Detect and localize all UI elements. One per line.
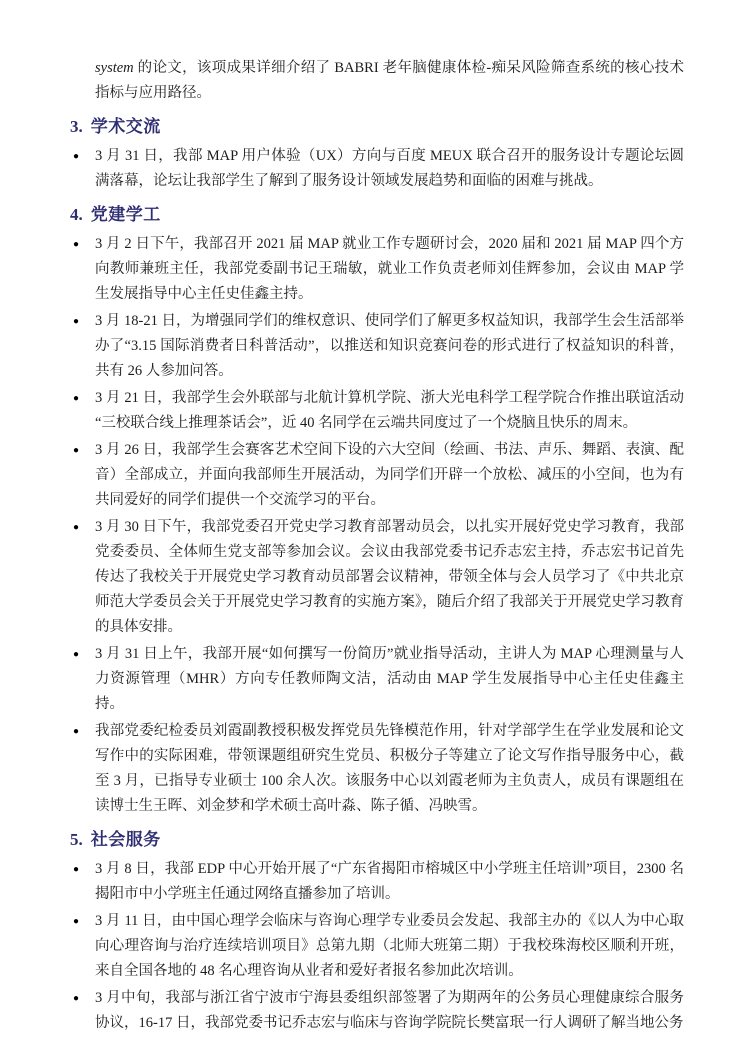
bullet-icon: ● (73, 144, 79, 169)
list-item: ● 3 月 30 日下午，我部党委召开党史学习教育部署动员会，以扎实开展好党史学… (73, 515, 684, 640)
bullet-icon: ● (73, 438, 79, 463)
list-item-text: 3 月 11 日，由中国心理学会临床与咨询心理学专业委员会发起、我部主办的《以人… (95, 913, 684, 979)
bullet-icon: ● (73, 515, 79, 540)
list-item-text: 3 月 31 日，我部 MAP 用户体验（UX）方向与百度 MEUX 联合召开的… (95, 148, 684, 189)
section-number: 5. (70, 830, 83, 849)
intro-paragraph-text: 的论文，该项成果详细介绍了 BABRI 老年脑健康体检-痴呆风险筛查系统的核心技… (95, 60, 684, 101)
list-item-text: 我部党委纪检委员刘霞副教授积极发挥党员先锋模范作用，针对学部学生在学业发展和论文… (95, 723, 684, 814)
list-item-text: 3 月 30 日下午，我部党委召开党史学习教育部署动员会，以扎实开展好党史学习教… (95, 519, 684, 635)
list-item: ● 3 月中旬，我部与浙江省宁波市宁海县委组织部签署了为期两年的公务员心理健康综… (73, 986, 684, 1036)
sections-container: 3.学术交流 ● 3 月 31 日，我部 MAP 用户体验（UX）方向与百度 M… (70, 116, 684, 1036)
section-title: 学术交流 (91, 117, 161, 136)
list-item-text: 3 月 2 日下午，我部召开 2021 届 MAP 就业工作专题研讨会，2020… (95, 236, 684, 302)
section-title: 党建学工 (91, 205, 161, 224)
list-item: ● 3 月 11 日，由中国心理学会临床与咨询心理学专业委员会发起、我部主办的《… (73, 909, 684, 984)
document-page: system 的论文，该项成果详细介绍了 BABRI 老年脑健康体检-痴呆风险筛… (0, 0, 750, 1060)
section-heading: 3.学术交流 (70, 116, 684, 138)
list-item: ● 我部党委纪检委员刘霞副教授积极发挥党员先锋模范作用，针对学部学生在学业发展和… (73, 719, 684, 819)
list-item-text: 3 月 21 日，我部学生会外联部与北航计算机学院、浙大光电科学工程学院合作推出… (95, 390, 684, 431)
intro-paragraph: system 的论文，该项成果详细介绍了 BABRI 老年脑健康体检-痴呆风险筛… (95, 56, 684, 106)
bullet-list: ● 3 月 2 日下午，我部召开 2021 届 MAP 就业工作专题研讨会，20… (70, 232, 684, 819)
list-item: ● 3 月 31 日上午，我部开展“如何撰写一份简历”就业指导活动，主讲人为 M… (73, 642, 684, 717)
bullet-icon: ● (73, 909, 79, 934)
document-section: 3.学术交流 ● 3 月 31 日，我部 MAP 用户体验（UX）方向与百度 M… (70, 116, 684, 194)
section-number: 4. (70, 205, 83, 224)
intro-italic-term: system (95, 60, 134, 76)
list-item: ● 3 月 18-21 日，为增强同学们的维权意识、使同学们了解更多权益知识，我… (73, 309, 684, 384)
section-heading: 5.社会服务 (70, 829, 684, 851)
list-item-text: 3 月中旬，我部与浙江省宁波市宁海县委组织部签署了为期两年的公务员心理健康综合服… (95, 990, 684, 1031)
bullet-icon: ● (73, 719, 79, 744)
list-item-text: 3 月 26 日，我部学生会赛客艺术空间下设的六大空间（绘画、书法、声乐、舞蹈、… (95, 442, 684, 508)
list-item: ● 3 月 8 日，我部 EDP 中心开始开展了“广东省揭阳市榕城区中小学班主任… (73, 857, 684, 907)
bullet-icon: ● (73, 857, 79, 882)
bullet-icon: ● (73, 309, 79, 334)
document-section: 5.社会服务 ● 3 月 8 日，我部 EDP 中心开始开展了“广东省揭阳市榕城… (70, 829, 684, 1036)
section-title: 社会服务 (91, 830, 161, 849)
bullet-list: ● 3 月 8 日，我部 EDP 中心开始开展了“广东省揭阳市榕城区中小学班主任… (70, 857, 684, 1036)
section-heading: 4.党建学工 (70, 204, 684, 226)
list-item: ● 3 月 21 日，我部学生会外联部与北航计算机学院、浙大光电科学工程学院合作… (73, 386, 684, 436)
list-item-text: 3 月 31 日上午，我部开展“如何撰写一份简历”就业指导活动，主讲人为 MAP… (95, 646, 684, 712)
list-item-text: 3 月 8 日，我部 EDP 中心开始开展了“广东省揭阳市榕城区中小学班主任培训… (95, 861, 684, 902)
list-item: ● 3 月 31 日，我部 MAP 用户体验（UX）方向与百度 MEUX 联合召… (73, 144, 684, 194)
bullet-icon: ● (73, 986, 79, 1011)
bullet-icon: ● (73, 386, 79, 411)
list-item-text: 3 月 18-21 日，为增强同学们的维权意识、使同学们了解更多权益知识，我部学… (95, 313, 684, 379)
bullet-icon: ● (73, 642, 79, 667)
bullet-list: ● 3 月 31 日，我部 MAP 用户体验（UX）方向与百度 MEUX 联合召… (70, 144, 684, 194)
section-number: 3. (70, 117, 83, 136)
document-section: 4.党建学工 ● 3 月 2 日下午，我部召开 2021 届 MAP 就业工作专… (70, 204, 684, 819)
bullet-icon: ● (73, 232, 79, 257)
list-item: ● 3 月 26 日，我部学生会赛客艺术空间下设的六大空间（绘画、书法、声乐、舞… (73, 438, 684, 513)
list-item: ● 3 月 2 日下午，我部召开 2021 届 MAP 就业工作专题研讨会，20… (73, 232, 684, 307)
